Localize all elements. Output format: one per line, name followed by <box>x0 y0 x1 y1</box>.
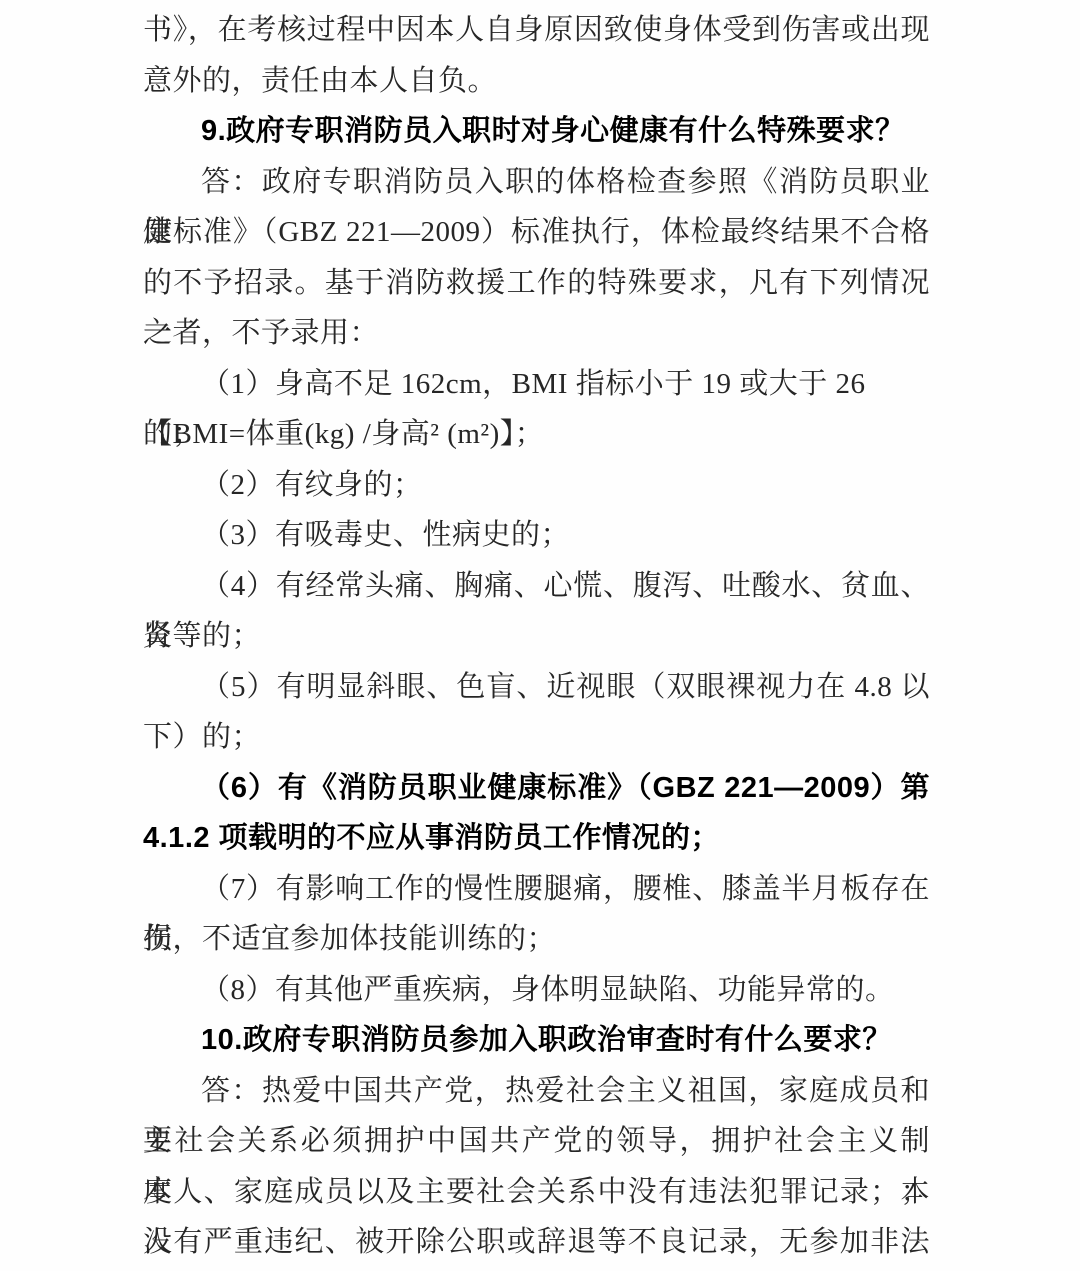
heading-line: 4.1.2 项载明的不应从事消防员工作情况的； <box>143 813 930 864</box>
heading-line: 10.政府专职消防员参加入职政治审查时有什么要求？ <box>143 1015 930 1066</box>
text-line: （7）有影响工作的慢性腰腿痛，腰椎、膝盖半月板存在损 <box>143 864 930 915</box>
document-text-block: 书》，在考核过程中因本人自身原因致使身体受到伤害或出现意外的，责任由本人自负。9… <box>143 5 930 1268</box>
heading-line: （6）有《消防员职业健康标准》（GBZ 221—2009）第 <box>143 763 930 814</box>
text-line: 的不予招录。基于消防救援工作的特殊要求，凡有下列情况之 <box>143 258 930 309</box>
text-line: （3）有吸毒史、性病史的； <box>143 510 930 561</box>
document-page: 书》，在考核过程中因本人自身原因致使身体受到伤害或出现意外的，责任由本人自负。9… <box>0 0 1080 1271</box>
text-line: （8）有其他严重疾病，身体明显缺陷、功能异常的。 <box>143 965 930 1016</box>
text-line: （4）有经常头痛、胸痛、心慌、腹泻、吐酸水、贫血、肾 <box>143 561 930 612</box>
text-line: 下）的； <box>143 712 930 763</box>
text-line: （5）有明显斜眼、色盲、近视眼（双眼裸视力在 4.8 以 <box>143 662 930 713</box>
text-line: 本人、家庭成员以及主要社会关系中没有违法犯罪记录；本人 <box>143 1167 930 1218</box>
heading-line: 9.政府专职消防员入职时对身心健康有什么特殊要求？ <box>143 106 930 157</box>
text-line: 一者，不予录用： <box>143 308 930 359</box>
text-line: 答：热爱中国共产党，热爱社会主义祖国，家庭成员和主 <box>143 1066 930 1117</box>
text-line: 要社会关系必须拥护中国共产党的领导，拥护社会主义制度； <box>143 1116 930 1167</box>
text-line: 意外的，责任由本人自负。 <box>143 56 930 107</box>
text-line: 没有严重违纪、被开除公职或辞退等不良记录，无参加非法组 <box>143 1217 930 1268</box>
text-line: 伤，不适宜参加体技能训练的； <box>143 914 930 965</box>
text-line: 答：政府专职消防员入职的体格检查参照《消防员职业健 <box>143 157 930 208</box>
text-line: （1）身高不足 162cm，BMI 指标小于 19 或大于 26 的； <box>143 359 930 410</box>
text-line: 书》，在考核过程中因本人自身原因致使身体受到伤害或出现 <box>143 5 930 56</box>
text-line: 【BMI=体重(kg) /身高² (m²)】； <box>143 409 930 460</box>
text-line: 炎等的； <box>143 611 930 662</box>
text-line: （2）有纹身的； <box>143 460 930 511</box>
text-line: 康标准》（GBZ 221—2009）标准执行，体检最终结果不合格 <box>143 207 930 258</box>
